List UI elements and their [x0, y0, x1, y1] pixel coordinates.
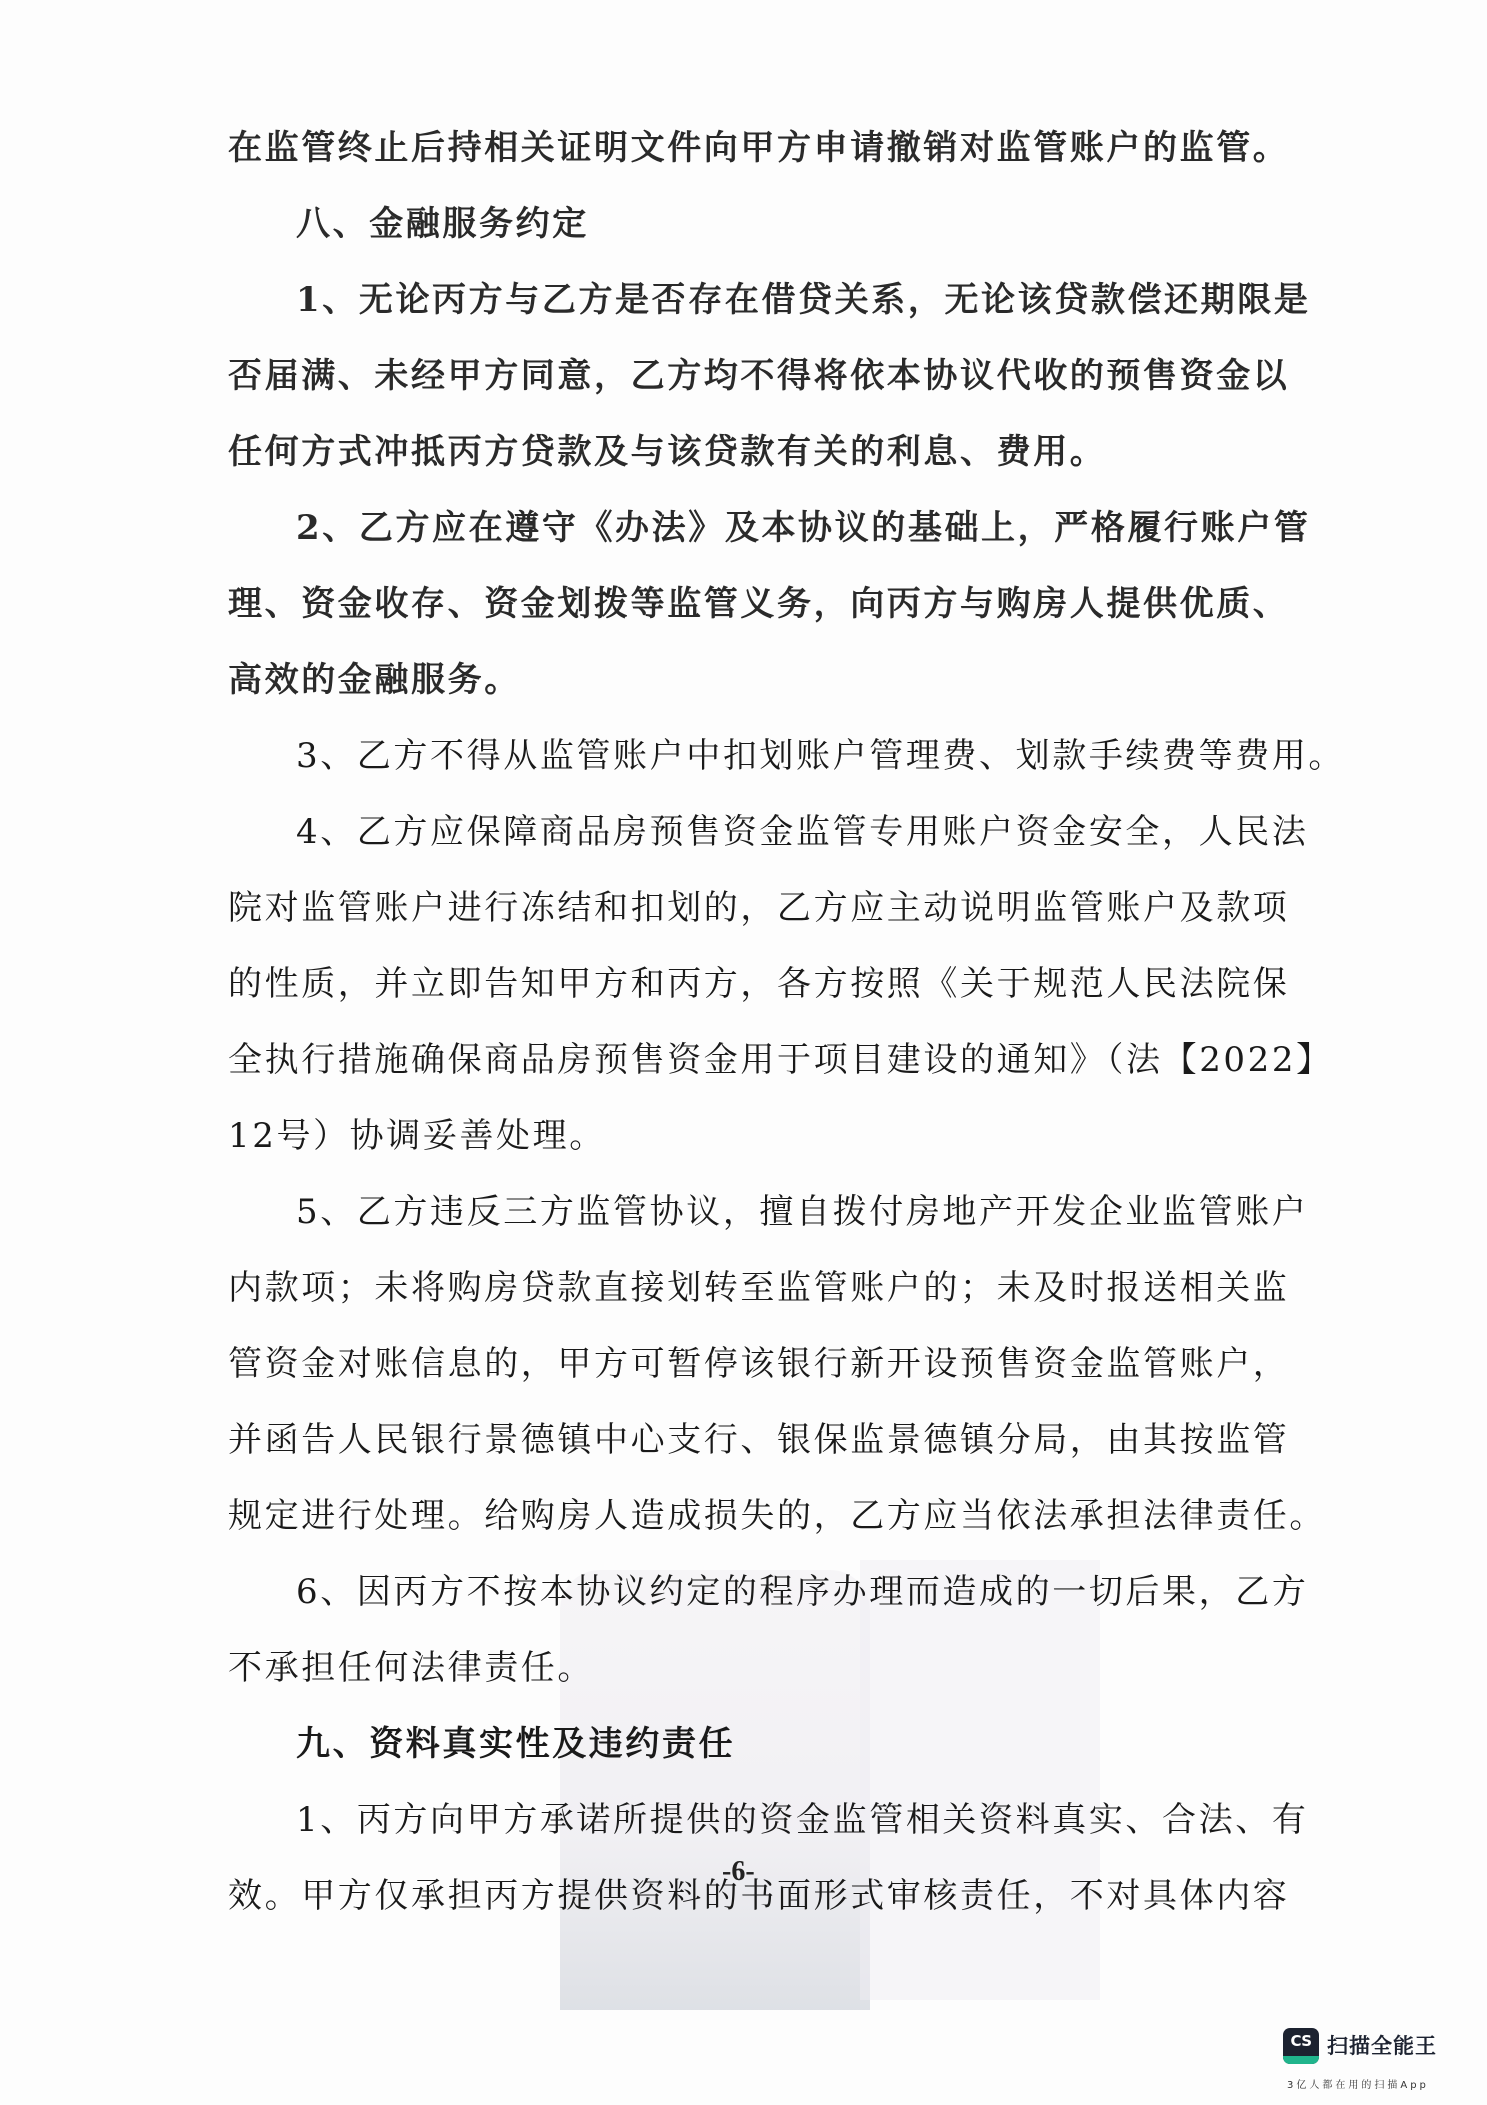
faded-stamp-shadow-right [860, 1560, 1100, 2000]
camscanner-watermark: CS 扫描全能王 3亿人都在用的扫描App [1283, 2018, 1483, 2098]
paragraph-line: 全执行措施确保商品房预售资金用于项目建设的通知》（法【2022】 [228, 1040, 1333, 1080]
paragraph-line: 6、因丙方不按本协议约定的程序办理而造成的一切后果，乙方 [296, 1572, 1308, 1612]
logo-text: CS [1283, 2032, 1319, 2050]
logo-accent-bar [1283, 2056, 1319, 2064]
paragraph-line: 理、资金收存、资金划拨等监管义务，向丙方与购房人提供优质、 [228, 584, 1289, 624]
paragraph-line: 管资金对账信息的，甲方可暂停该银行新开设预售资金监管账户， [228, 1344, 1289, 1384]
page-number: -6- [722, 1856, 755, 1888]
watermark-subtitle: 3亿人都在用的扫描App [1287, 2076, 1429, 2091]
paragraph-line: 4、乙方应保障商品房预售资金监管专用账户资金安全，人民法 [296, 812, 1308, 852]
section-heading: 八、金融服务约定 [296, 204, 589, 244]
paragraph-line: 效。甲方仅承担丙方提供资料的书面形式审核责任，不对具体内容 [228, 1876, 1289, 1916]
paragraph-line: 1、无论丙方与乙方是否存在借贷关系，无论该贷款偿还期限是 [296, 280, 1310, 320]
paragraph-line: 规定进行处理。给购房人造成损失的，乙方应当依法承担法律责任。 [228, 1496, 1326, 1536]
paragraph-line: 否届满、未经甲方同意，乙方均不得将依本协议代收的预售资金以 [228, 356, 1289, 396]
paragraph-line: 任何方式冲抵丙方贷款及与该贷款有关的利息、费用。 [228, 432, 1106, 472]
faded-stamp-shadow [560, 1570, 870, 2010]
watermark-title: 扫描全能王 [1327, 2030, 1437, 2060]
paragraph-line: 3、乙方不得从监管账户中扣划账户管理费、划款手续费等费用。 [296, 736, 1345, 776]
section-heading: 九、资料真实性及违约责任 [296, 1724, 735, 1764]
camscanner-logo-icon: CS [1283, 2028, 1319, 2064]
paragraph-line: 12号）协调妥善处理。 [228, 1116, 606, 1156]
paragraph-line: 内款项；未将购房贷款直接划转至监管账户的；未及时报送相关监 [228, 1268, 1289, 1308]
paragraph-line: 在监管终止后持相关证明文件向甲方申请撤销对监管账户的监管。 [228, 128, 1289, 168]
paragraph-line: 院对监管账户进行冻结和扣划的，乙方应主动说明监管账户及款项 [228, 888, 1289, 928]
paragraph-line: 2、乙方应在遵守《办法》及本协议的基础上，严格履行账户管 [296, 508, 1310, 548]
paragraph-line: 的性质，并立即告知甲方和丙方，各方按照《关于规范人民法院保 [228, 964, 1289, 1004]
scanned-document-page: 在监管终止后持相关证明文件向甲方申请撤销对监管账户的监管。八、金融服务约定1、无… [0, 0, 1487, 2105]
paragraph-line: 不承担任何法律责任。 [228, 1648, 594, 1688]
paragraph-line: 5、乙方违反三方监管协议，擅自拨付房地产开发企业监管账户 [296, 1192, 1308, 1232]
paragraph-line: 高效的金融服务。 [228, 660, 521, 700]
paragraph-line: 并函告人民银行景德镇中心支行、银保监景德镇分局，由其按监管 [228, 1420, 1289, 1460]
paragraph-line: 1、丙方向甲方承诺所提供的资金监管相关资料真实、合法、有 [296, 1800, 1308, 1840]
